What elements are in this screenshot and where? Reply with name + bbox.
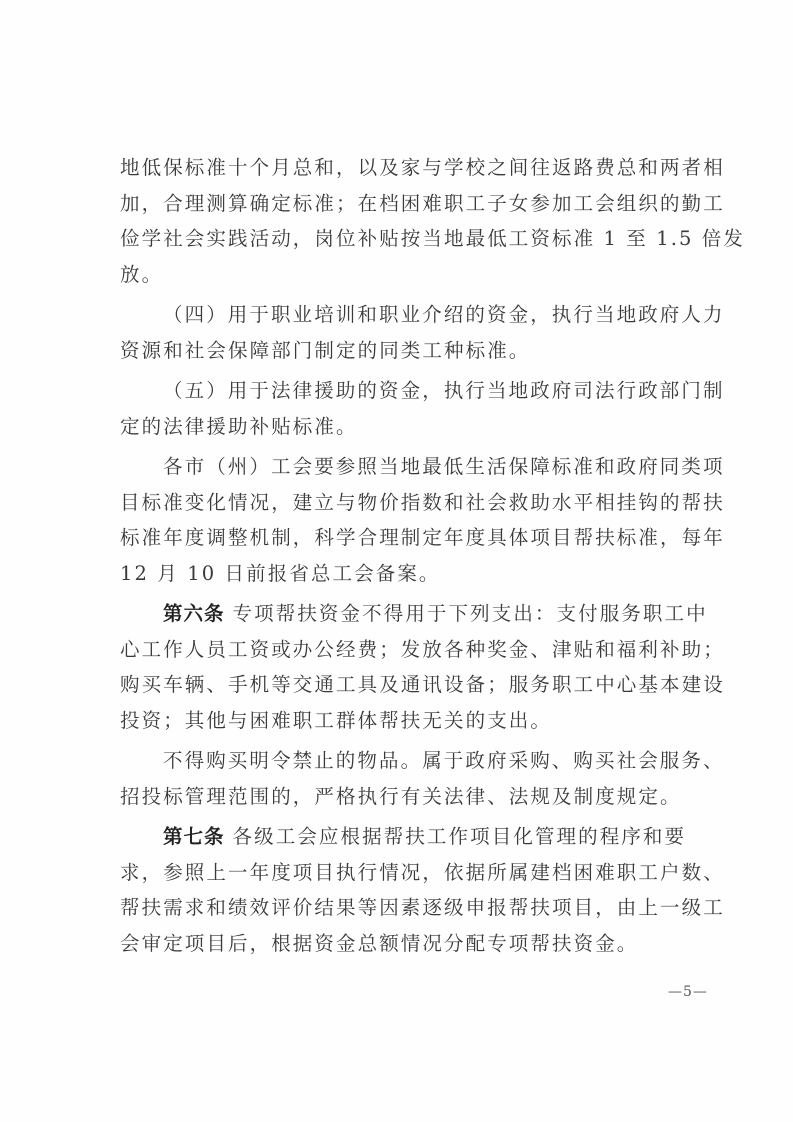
article-text: 各级工会应根据帮扶工作项目化管理的程序和要 <box>233 825 687 848</box>
article-6: 第六条专项帮扶资金不得用于下列支出：支付服务职工中 心工作人员工资或办公经费；发… <box>120 596 680 738</box>
text-line: 放。 <box>120 257 680 293</box>
page-number: —5— <box>668 984 708 1000</box>
article-heading: 第七条 <box>163 825 225 848</box>
text-line: 加，合理测算确定标准；在档困难职工子女参加工会组织的勤工 <box>120 186 680 222</box>
text-line: 12 月 10 日前报省总工会备案。 <box>120 556 680 592</box>
text-line: 会审定项目后，根据资金总额情况分配专项帮扶资金。 <box>120 926 680 962</box>
body-text: 地低保标准十个月总和，以及家与学校之间往返路费总和两者相 加，合理测算确定标准；… <box>120 150 680 961</box>
text-line: 目标准变化情况，建立与物价指数和社会救助水平相挂钩的帮扶 <box>120 485 680 521</box>
article-heading: 第六条 <box>163 602 225 625</box>
text-line: （四）用于职业培训和职业介绍的资金，执行当地政府人力 <box>120 297 680 333</box>
text-line: 资源和社会保障部门制定的同类工种标准。 <box>120 333 680 369</box>
article-7: 第七条各级工会应根据帮扶工作项目化管理的程序和要 求，参照上一年度项目执行情况，… <box>120 819 680 961</box>
paragraph-item-4: （四）用于职业培训和职业介绍的资金，执行当地政府人力 资源和社会保障部门制定的同… <box>120 297 680 368</box>
paragraph-continuation: 地低保标准十个月总和，以及家与学校之间往返路费总和两者相 加，合理测算确定标准；… <box>120 150 680 292</box>
paragraph-city-unions: 各市（州）工会要参照当地最低生活保障标准和政府同类项 目标准变化情况，建立与物价… <box>120 449 680 591</box>
paragraph-prohibited-items: 不得购买明令禁止的物品。属于政府采购、购买社会服务、 招投标管理范围的，严格执行… <box>120 743 680 814</box>
text-line: 标准年度调整机制，科学合理制定年度具体项目帮扶标准，每年 <box>120 520 680 556</box>
text-line: 不得购买明令禁止的物品。属于政府采购、购买社会服务、 <box>120 743 680 779</box>
text-line: 各市（州）工会要参照当地最低生活保障标准和政府同类项 <box>120 449 680 485</box>
document-page: 地低保标准十个月总和，以及家与学校之间往返路费总和两者相 加，合理测算确定标准；… <box>0 0 793 1122</box>
text-line: 地低保标准十个月总和，以及家与学校之间往返路费总和两者相 <box>120 150 680 186</box>
text-line: （五）用于法律援助的资金，执行当地政府司法行政部门制 <box>120 373 680 409</box>
text-line: 购买车辆、手机等交通工具及通讯设备；服务职工中心基本建设 <box>120 667 680 703</box>
article-text: 专项帮扶资金不得用于下列支出：支付服务职工中 <box>233 602 708 625</box>
paragraph-item-5: （五）用于法律援助的资金，执行当地政府司法行政部门制 定的法律援助补贴标准。 <box>120 373 680 444</box>
text-line: 招投标管理范围的，严格执行有关法律、法规及制度规定。 <box>120 779 680 815</box>
text-line: 第六条专项帮扶资金不得用于下列支出：支付服务职工中 <box>120 596 680 632</box>
text-line: 投资；其他与困难职工群体帮扶无关的支出。 <box>120 703 680 739</box>
text-line: 俭学社会实践活动，岗位补贴按当地最低工资标准 1 至 1.5 倍发 <box>120 221 680 257</box>
text-line: 定的法律援助补贴标准。 <box>120 409 680 445</box>
text-line: 第七条各级工会应根据帮扶工作项目化管理的程序和要 <box>120 819 680 855</box>
text-line: 求，参照上一年度项目执行情况，依据所属建档困难职工户数、 <box>120 855 680 891</box>
text-line: 帮扶需求和绩效评价结果等因素逐级申报帮扶项目，由上一级工 <box>120 890 680 926</box>
text-line: 心工作人员工资或办公经费；发放各种奖金、津贴和福利补助； <box>120 632 680 668</box>
